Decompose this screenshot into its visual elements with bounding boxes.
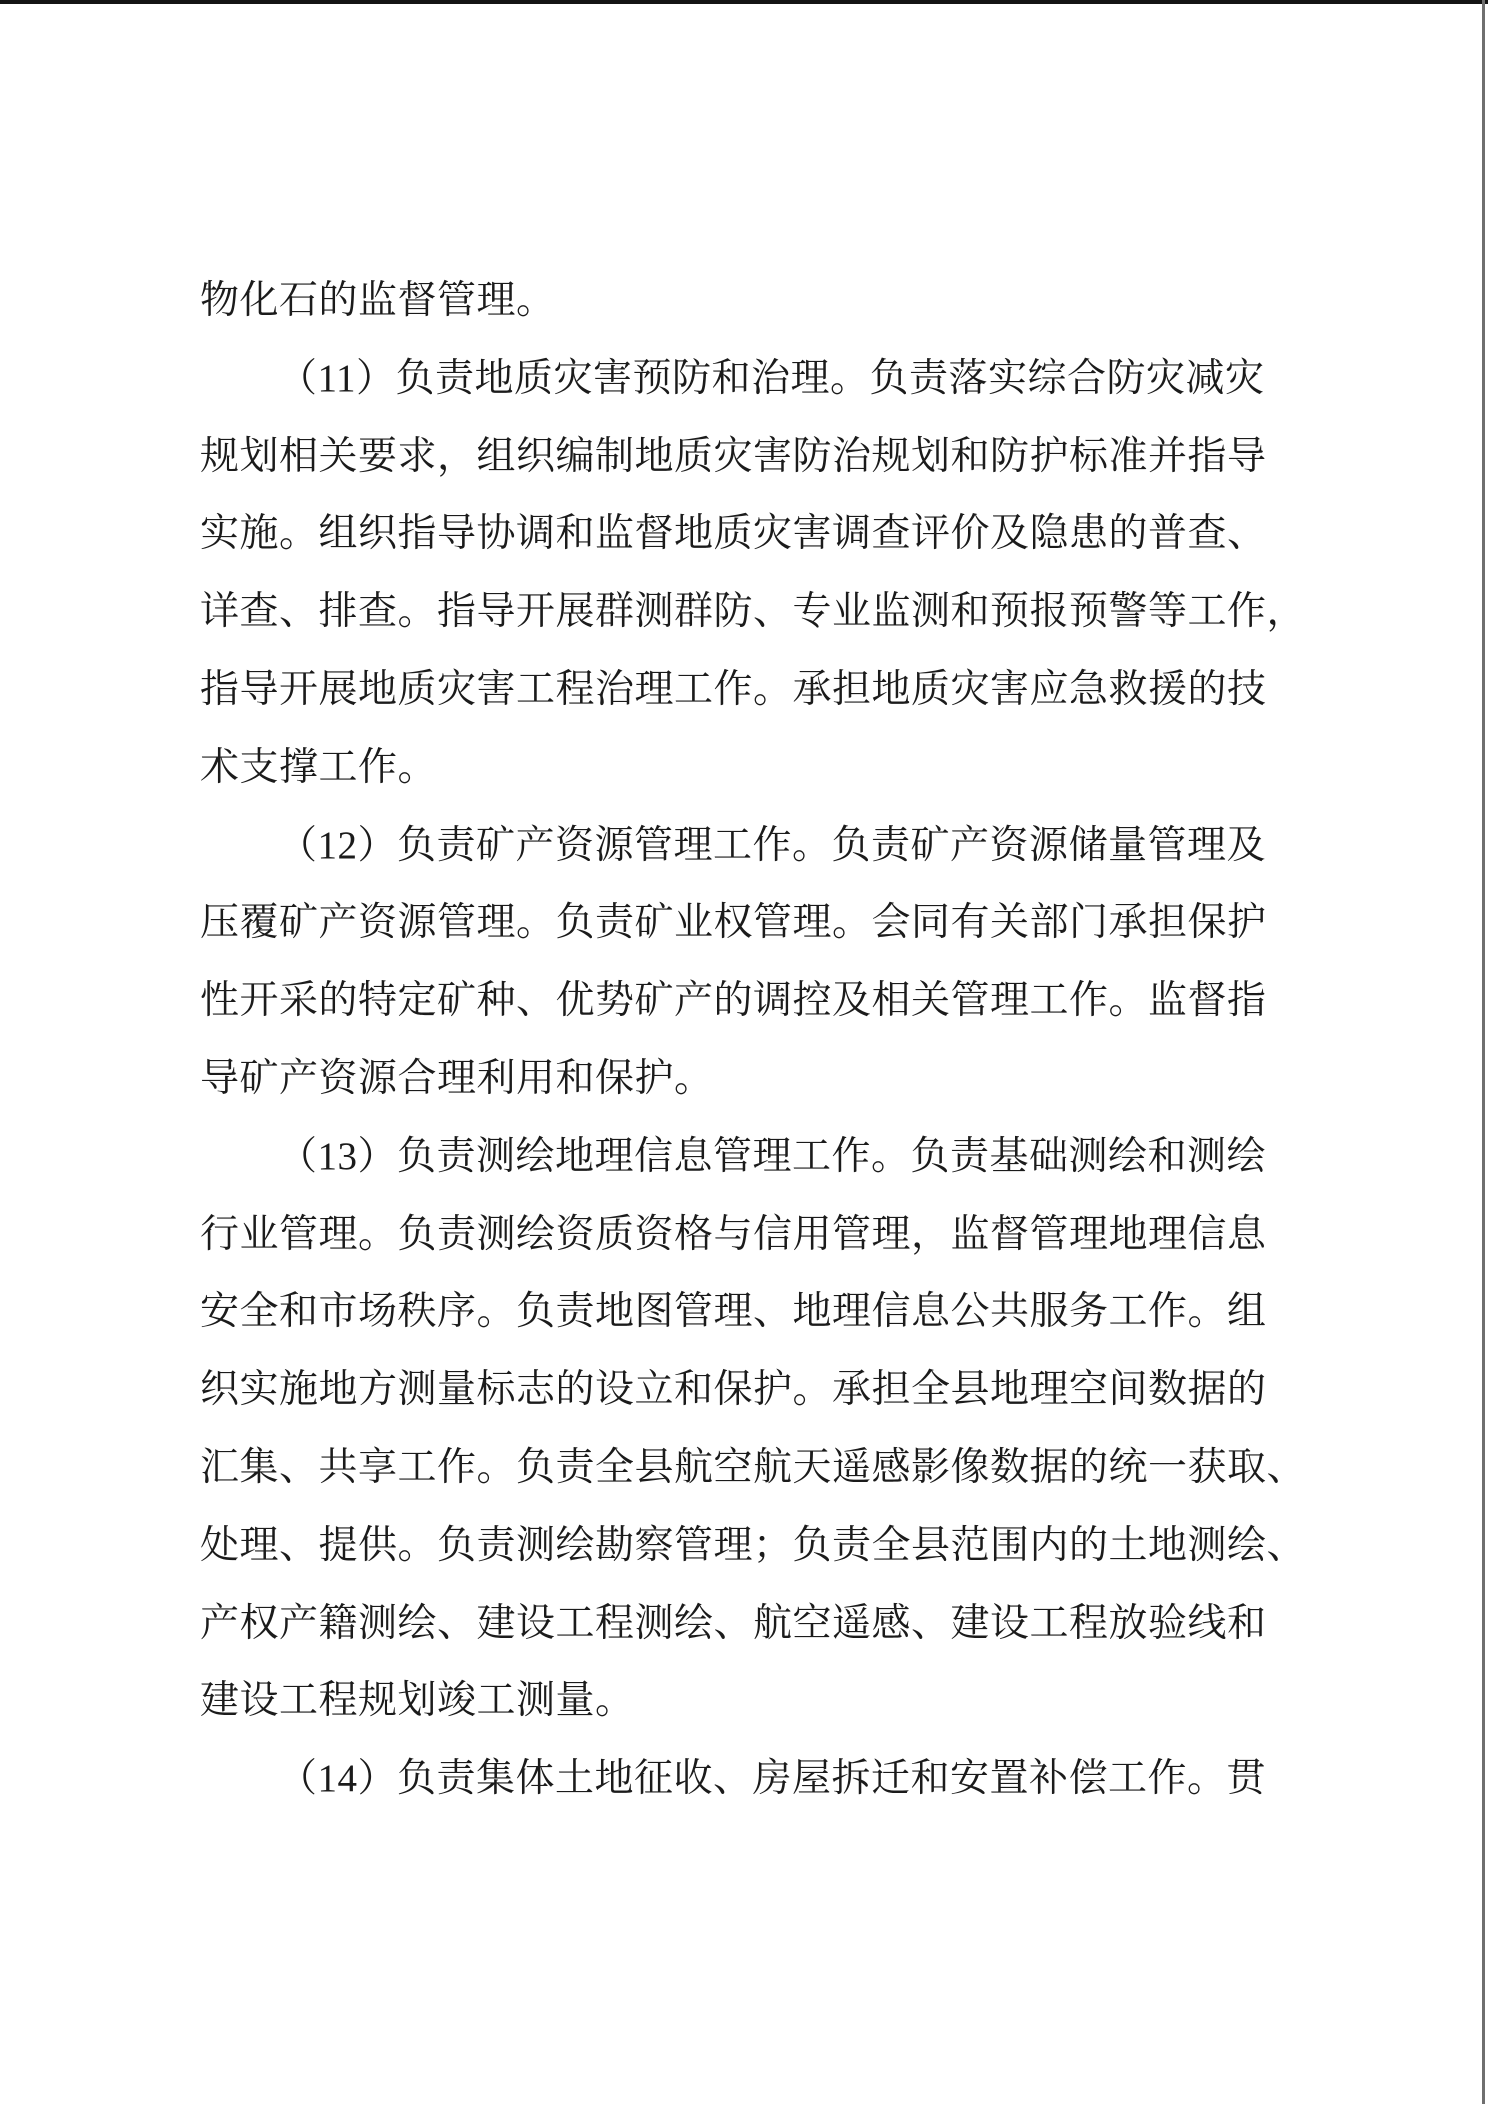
text-line: 术支撑工作。 <box>200 729 1300 807</box>
text-line: 物化石的监督管理。 <box>200 262 1300 340</box>
text-line: （14）负责集体土地征收、房屋拆迁和安置补偿工作。贯 <box>200 1740 1300 1818</box>
text-line: 行业管理。负责测绘资质资格与信用管理，监督管理地理信息 <box>200 1196 1300 1274</box>
text-line: 实施。组织指导协调和监督地质灾害调查评价及隐患的普查、 <box>200 495 1300 573</box>
document-page: 物化石的监督管理。（11）负责地质灾害预防和治理。负责落实综合防灾减灾规划相关要… <box>0 0 1488 2104</box>
text-line: 产权产籍测绘、建设工程测绘、航空遥感、建设工程放验线和 <box>200 1585 1300 1663</box>
text-line: 织实施地方测量标志的设立和保护。承担全县地理空间数据的 <box>200 1351 1300 1429</box>
text-line: 指导开展地质灾害工程治理工作。承担地质灾害应急救援的技 <box>200 651 1300 729</box>
text-line: 规划相关要求，组织编制地质灾害防治规划和防护标准并指导 <box>200 418 1300 496</box>
text-line: 安全和市场秩序。负责地图管理、地理信息公共服务工作。组 <box>200 1273 1300 1351</box>
scan-right-edge <box>1482 0 1485 2104</box>
text-line: 建设工程规划竣工测量。 <box>200 1662 1300 1740</box>
text-line: 压覆矿产资源管理。负责矿业权管理。会同有关部门承担保护 <box>200 884 1300 962</box>
text-line: 性开采的特定矿种、优势矿产的调控及相关管理工作。监督指 <box>200 962 1300 1040</box>
text-line: （11）负责地质灾害预防和治理。负责落实综合防灾减灾 <box>200 340 1300 418</box>
text-line: 详查、排查。指导开展群测群防、专业监测和预报预警等工作， <box>200 573 1300 651</box>
scan-top-edge <box>0 0 1488 4</box>
text-line: 汇集、共享工作。负责全县航空航天遥感影像数据的统一获取、 <box>200 1429 1300 1507</box>
document-text-block: 物化石的监督管理。（11）负责地质灾害预防和治理。负责落实综合防灾减灾规划相关要… <box>200 262 1300 1818</box>
text-line: 导矿产资源合理利用和保护。 <box>200 1040 1300 1118</box>
text-line: （12）负责矿产资源管理工作。负责矿产资源储量管理及 <box>200 807 1300 885</box>
text-line: 处理、提供。负责测绘勘察管理；负责全县范围内的土地测绘、 <box>200 1507 1300 1585</box>
text-line: （13）负责测绘地理信息管理工作。负责基础测绘和测绘 <box>200 1118 1300 1196</box>
